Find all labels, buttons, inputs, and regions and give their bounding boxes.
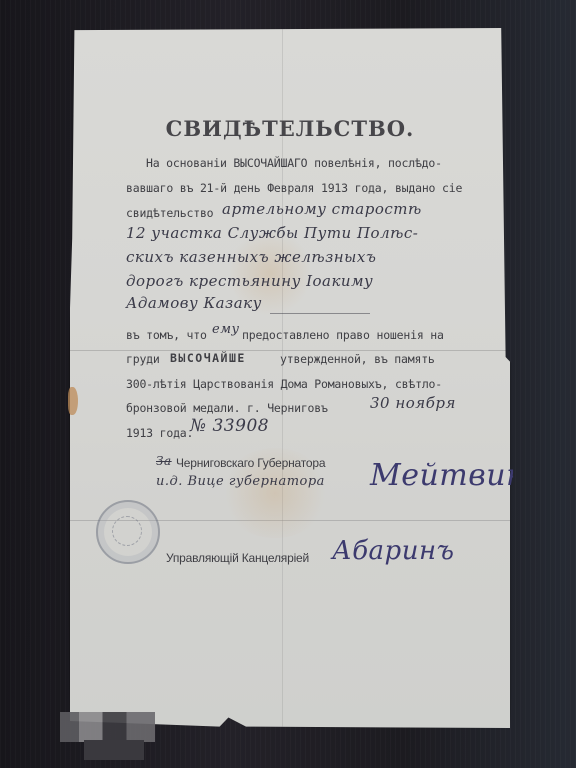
governor-signature: Мейтвинъ	[370, 458, 547, 493]
fill-line	[270, 313, 370, 314]
chancellery-title: Управляющій Канцеляріей	[166, 551, 309, 565]
typed-line-4: въ томъ, что	[126, 328, 207, 342]
handwritten-recipient-1: артельному старостѣ	[222, 200, 422, 218]
handwritten-number: № 33908	[190, 416, 269, 436]
document-title: СВИДѢТЕЛЬСТВО.	[70, 116, 510, 141]
typed-line-1: На основаніи ВЫСОЧАЙШАГО повелѣнія, посл…	[146, 156, 442, 170]
typed-line-8: утвержденной, въ память	[280, 352, 435, 366]
typed-line-10: бронзовой медали. г. Черниговъ	[126, 401, 328, 415]
pixelated-watermark	[84, 740, 144, 760]
certificate-paper: СВИДѢТЕЛЬСТВО. На основаніи ВЫСОЧАЙШАГО …	[70, 28, 510, 728]
handwritten-recipient-4: дорогъ крестьянину Іоакиму	[126, 272, 373, 290]
typed-line-7: ВЫСОЧАЙШЕ	[170, 351, 246, 365]
typed-line-11: 1913 года.	[126, 426, 193, 440]
typed-line-3: свидѣтельство	[126, 206, 213, 220]
handwritten-recipient-5: Адамову Казаку	[126, 294, 262, 312]
typed-line-5: предоставлено право ношенія на	[242, 328, 444, 342]
official-seal	[96, 500, 160, 564]
handwritten-date: 30 ноября	[370, 394, 456, 412]
typed-line-9: 300-лѣтія Царствованія Дома Романовыхъ, …	[126, 377, 442, 391]
chancellery-signature: Абаринъ	[332, 536, 454, 566]
fold-line	[70, 350, 510, 351]
struck-prefix: За	[156, 454, 172, 468]
handwritten-recipient-2: 12 участка Службы Пути Полѣс-	[126, 224, 418, 242]
handwritten-pronoun: ему	[212, 322, 240, 337]
handwritten-recipient-3: скихъ казенныхъ желѣзныхъ	[126, 248, 376, 266]
handwritten-acting-governor: и.д. Вице губернатора	[156, 474, 325, 489]
seal-center	[112, 516, 142, 546]
governor-title: Черниговскаго Губернатора	[176, 456, 325, 470]
typed-line-6: груди	[126, 352, 160, 366]
typed-line-2: вавшаго въ 21-й день Февраля 1913 года, …	[126, 181, 462, 195]
rust-stain	[68, 387, 78, 415]
pixelated-watermark	[60, 712, 155, 742]
